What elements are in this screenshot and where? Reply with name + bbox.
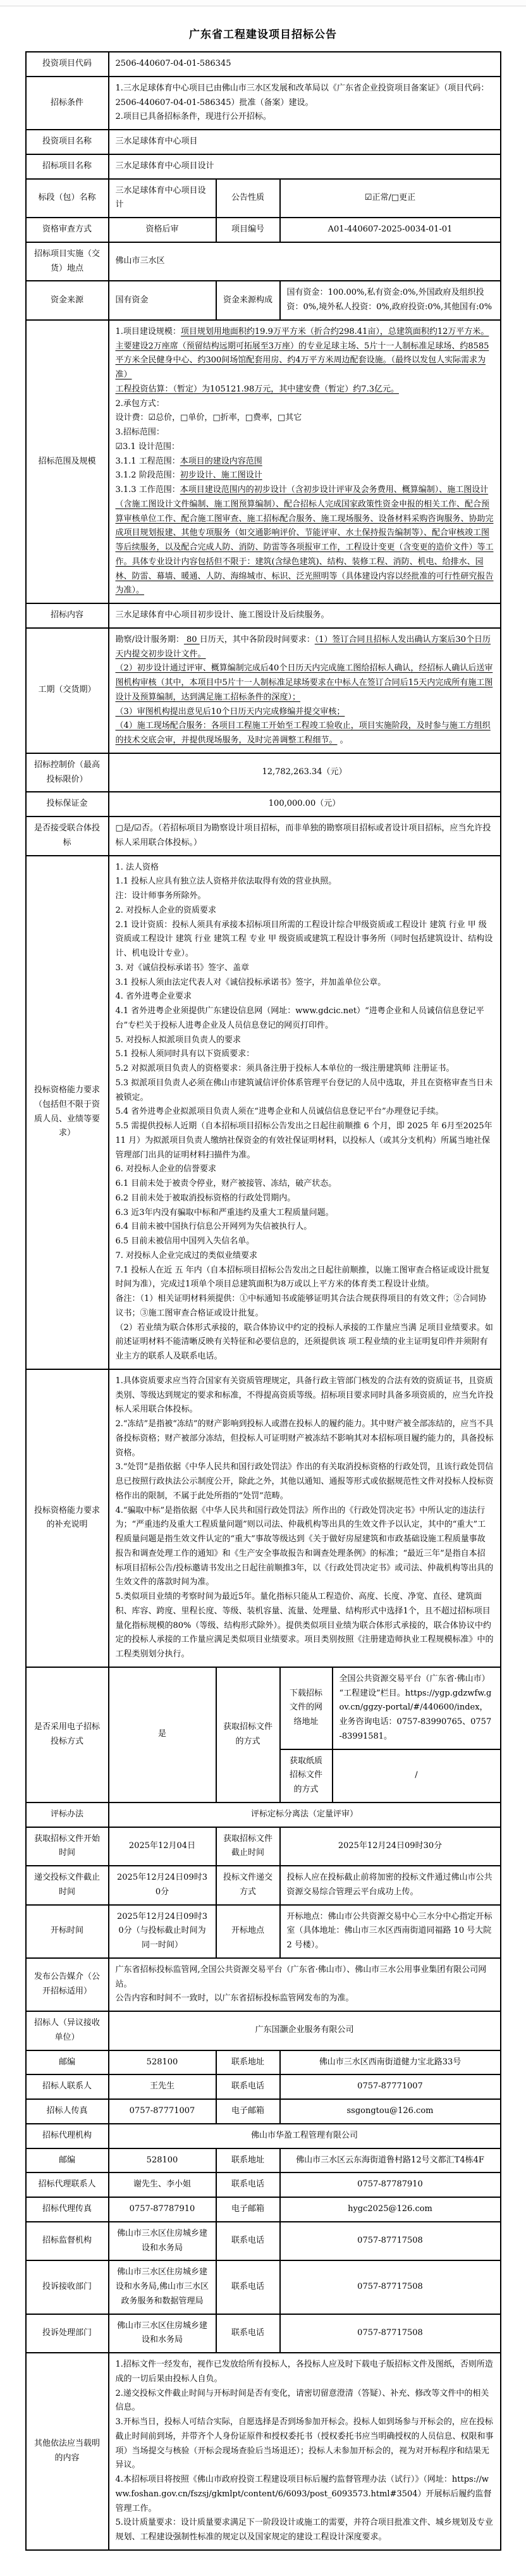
row-sublabel: 联系电话 <box>216 2074 280 2099</box>
row-label: 发布公告媒介（公开招标适用） <box>26 1958 109 2011</box>
paragraph: 全国公共资源交易平台（广东省·佛山市）“工程建设”栏目。https://ygp.… <box>339 1672 494 1744</box>
paragraph: 2025年12月24日09时30分 <box>287 1839 494 1854</box>
row-value: 100,000.00（元） <box>109 792 501 817</box>
table-row: 邮编528100联系地址佛山市三水区西南街道健力宝北路33号 <box>26 2050 501 2075</box>
paragraph: 0757-87771007 <box>116 2104 209 2119</box>
paragraph: 0757-87771007 <box>287 2080 494 2094</box>
row-label: 招标范围及规模 <box>26 320 109 603</box>
table-row: 招标代理机构佛山市华盈工程管理有限公司 <box>26 2124 501 2148</box>
table-row: 递交投标文件截止时间2025年12月24日09时30分投标文件递交方式投标人应在… <box>26 1866 501 1905</box>
row-value: 佛山市三水区住房城乡建设和水务局 <box>109 2314 216 2353</box>
row-value: 是 <box>109 1667 216 1803</box>
paragraph: 2025年12月24日09时30分（与投标截止时间为同一时间） <box>116 1910 209 1953</box>
row-value: 2025年12月24日09时30分（与投标截止时间为同一时间） <box>109 1905 216 1958</box>
row-value: 佛山市三水区住房城乡建设和水务局 <box>109 2222 216 2261</box>
paragraph: 2506-440607-04-01-586345 <box>116 57 494 71</box>
paragraph: hygc2025@126.com <box>287 2202 494 2217</box>
row-value: 1.具体资质要求应当符合国家有关资质管理规定，具备行政主管部门核发的合法有效的资… <box>109 1369 501 1667</box>
paragraph: 1. 法人资格 <box>116 861 494 875</box>
table-row: 招标范围及规模1.项目建设规模：项目规划用地面积约19.9万平方米（折合约298… <box>26 320 501 603</box>
paragraph: 佛山市三水区云东海街道鲁村路12号文都汇T4栋4F <box>287 2154 494 2168</box>
table-row: 招标监督机构佛山市三水区住房城乡建设和水务局联系电话0757-87717508 <box>26 2222 501 2261</box>
paragraph: 4.1 省外进粤企业须提供广东建设信息网（网址：www.gdcic.net）“进… <box>116 1004 494 1033</box>
row-label: 邮编 <box>26 2050 109 2075</box>
row-value: 评标定标分离法（定量评审） <box>109 1803 501 1827</box>
row-label: 递交投标文件截止时间 <box>26 1866 109 1905</box>
row-value: 国有资金：100.00%,私有资金:0%,外国政府及组织投资：0%,境外私人投资… <box>280 281 501 320</box>
row-label: 投诉处理部门 <box>26 2314 109 2353</box>
row-sublabel: 电子邮箱 <box>216 2197 280 2222</box>
table-row: 工期（交货期）勘察/设计服务期： 80 日历天，其中各阶段时间要求：（1）签订合… <box>26 628 501 753</box>
paragraph: 1.1 投标人应具有独立法人资格并依法取得有效的营业执照。 <box>116 875 494 889</box>
table-row: 投标资格能力要求的补充说明1.具体资质要求应当符合国家有关资质管理规定，具备行政… <box>26 1369 501 1667</box>
row-value: 广东国灏企业服务有限公司 <box>109 2011 501 2050</box>
sub-row-label: 获取纸质招标文件的方式 <box>280 1749 333 1803</box>
paragraph: 佛山市三水区住房城乡建设和水务局,佛山市三水区政务服务和数据管理局 <box>116 2265 209 2308</box>
paragraph: / <box>339 1768 494 1783</box>
paragraph: 3. 对《诚信投标承诺书》签字、盖章 <box>116 961 494 976</box>
paragraph: 勘察/设计服务期： 80 日历天，其中各阶段时间要求：（1）签订合同且招标人发出… <box>116 633 494 662</box>
row-label: 标段（包）名称 <box>26 179 109 218</box>
page-title: 广东省工程建设项目招标公告 <box>0 25 526 41</box>
row-value: 佛山市华盈工程管理有限公司 <box>109 2124 501 2148</box>
paragraph: 5.类似项目业绩的考察时间为最近5年。量化指标只能从工程造价、高度、长度、净宽、… <box>116 1590 494 1662</box>
row-sublabel: 联系电话 <box>216 2314 280 2353</box>
row-sublabel: 公告性质 <box>216 179 280 218</box>
sub-row-value: / <box>333 1749 501 1803</box>
paragraph: 0757-87787910 <box>116 2202 209 2217</box>
paragraph: 6.3 近3年内没有骗取中标和严重违约及重大工程质量问题。 <box>116 1206 494 1221</box>
row-value: hygc2025@126.com <box>280 2197 501 2222</box>
row-label: 投标保证金 <box>26 792 109 817</box>
row-value: 0757-87717508 <box>280 2222 501 2261</box>
paragraph: 528100 <box>116 2154 209 2168</box>
table-row: 招标人（异议接收单位）广东国灏企业服务有限公司 <box>26 2011 501 2050</box>
paragraph: 设计费：☑总价，□单价，□折率，□费率，□其它 <box>116 411 494 426</box>
row-label: 是否接受联合体投标 <box>26 817 109 856</box>
paragraph: 6.5 目前未被信用中国列入失信名单。 <box>116 1235 494 1249</box>
row-label: 投资项目名称 <box>26 130 109 154</box>
row-sublabel: 获取招标文件的方式 <box>216 1667 280 1803</box>
table-row: 投资项目代码2506-440607-04-01-586345 <box>26 52 501 77</box>
paragraph: 12,782,263.34（元） <box>116 765 494 780</box>
paragraph: 佛山市三水区住房城乡建设和水务局 <box>116 2227 209 2256</box>
paragraph: 是 <box>116 1727 209 1742</box>
paragraph: 三水足球体育中心项目设计 <box>116 184 209 213</box>
paragraph: 3.招标范围： <box>116 426 494 440</box>
paragraph: 王先生 <box>116 2080 209 2094</box>
row-value: 528100 <box>109 2148 216 2173</box>
paragraph: 佛山市华盈工程管理有限公司 <box>116 2129 494 2143</box>
paragraph: 国有资金：100.00%,私有资金:0%,外国政府及组织投资：0%,境外私人投资… <box>287 286 494 315</box>
paragraph: ☑正常/□更正 <box>287 191 494 206</box>
table-row: 资格审查方式资格后审项目编号A01-440607-2025-0034-01-01 <box>26 218 501 242</box>
row-value: 0757-87717508 <box>280 2314 501 2353</box>
paragraph: 7. 对投标人企业完成过的类似业绩要求 <box>116 1249 494 1264</box>
table-row: 投标保证金100,000.00（元） <box>26 792 501 817</box>
paragraph: 资格后审 <box>116 223 209 237</box>
row-value: 资格后审 <box>109 218 216 242</box>
row-label: 招标代理联系人 <box>26 2172 109 2197</box>
row-value: ssgongtou@126.com <box>280 2099 501 2124</box>
table-row: 发布公告媒介（公开招标适用）广东省招标投标监管网,全国公共资源交易平台（广东省·… <box>26 1958 501 2011</box>
row-label: 投标资格能力要求（包括但不限于资质人员、业绩等要求） <box>26 856 109 1369</box>
paragraph: 广东省招标投标监管网,全国公共资源交易平台（广东省·佛山市）、佛山市三水公用事业… <box>116 1963 494 1992</box>
paragraph: （3）审图机构提出意见后10个日历天内完成修编并提交审核； <box>116 705 494 720</box>
table-row: 邮编528100联系地址佛山市三水区云东海街道鲁村路12号文都汇T4栋4F <box>26 2148 501 2173</box>
paragraph: 5.5 需提供投标人近期（自本招标项目招标公告发出之日起往前顺推 6 个月，即 … <box>116 1119 494 1162</box>
row-value: 谢先生、李小姐 <box>109 2172 216 2197</box>
table-row: 投诉处理部门佛山市三水区住房城乡建设和水务局联系电话0757-87717508 <box>26 2314 501 2353</box>
row-value: 0757-87771007 <box>109 2099 216 2124</box>
paragraph: 2025年12月24日09时30分 <box>116 1871 209 1900</box>
paragraph: 1.招标文件一经发布，视作已发放给所有投标人，各投标人应及时下载电子版招标文件及… <box>116 2358 494 2387</box>
table-row: 是否采用电子招标投标方式是获取招标文件的方式下载招标文件的网络地址全国公共资源交… <box>26 1667 501 1749</box>
paragraph: 1.具体资质要求应当符合国家有关资质管理规定，具备行政主管部门核发的合法有效的资… <box>116 1374 494 1417</box>
row-value: 0757-87787910 <box>280 2172 501 2197</box>
row-value: 0757-87771007 <box>280 2074 501 2099</box>
row-label: 招标人传真 <box>26 2099 109 2124</box>
table-row: 投诉接收部门佛山市三水区住房城乡建设和水务局,佛山市三水区政务服务和数据管理局联… <box>26 2260 501 2314</box>
row-label: 招标代理机构 <box>26 2124 109 2148</box>
paragraph: （4）施工现场配合服务：各项目工程施工开始至工程竣工验收止，项目实施阶段，及时参… <box>116 719 494 748</box>
row-sublabel: 投标文件递交方式 <box>216 1866 280 1905</box>
row-value: 佛山市三水区西南街道健力宝北路33号 <box>280 2050 501 2075</box>
row-label: 投标资格能力要求的补充说明 <box>26 1369 109 1667</box>
row-label: 招标控制价（最高投标限价） <box>26 753 109 792</box>
paragraph: 2.项目已具备招标条件，现进行公开招标。 <box>116 110 494 125</box>
row-value: 三水足球体育中心项目初步设计、施工图设计及后续服务。 <box>109 603 501 628</box>
row-value: 12,782,263.34（元） <box>109 753 501 792</box>
row-sublabel: 开标地点 <box>216 1905 280 1958</box>
row-label: 工期（交货期） <box>26 628 109 753</box>
paragraph: 公告内容和时间不一致时，以广东省招标投标监管网发布的为准。 <box>116 1992 494 2006</box>
table-row: 评标办法评标定标分离法（定量评审） <box>26 1803 501 1827</box>
row-label: 开标时间 <box>26 1905 109 1958</box>
row-sublabel: 联系电话 <box>216 2222 280 2261</box>
paragraph: 2. 对投标人企业的资质要求 <box>116 904 494 918</box>
row-label: 评标办法 <box>26 1803 109 1827</box>
row-label: 招标代理传真 <box>26 2197 109 2222</box>
row-label: 投资项目代码 <box>26 52 109 77</box>
row-value: 佛山市三水区云东海街道鲁村路12号文都汇T4栋4F <box>280 2148 501 2173</box>
paragraph: 广东国灏企业服务有限公司 <box>116 2023 494 2038</box>
row-value: 三水足球体育中心项目 <box>109 130 501 154</box>
paragraph: 5.2 对拟派项目负责人的资格要求：须具备注册于投标人本单位的一级注册建筑师 注… <box>116 1062 494 1076</box>
row-value: 2025年12月24日09时30分 <box>109 1866 216 1905</box>
row-value: 2025年12月04日 <box>109 1827 216 1866</box>
row-sublabel: 联系电话 <box>216 2260 280 2314</box>
table-row: 招标控制价（最高投标限价）12,782,263.34（元） <box>26 753 501 792</box>
paragraph: （2）若业绩为联合体形式承接的，联合体协议中约定的投标人承接的工作量应当满 足项… <box>116 1321 494 1364</box>
paragraph: 2.承包方式： <box>116 397 494 412</box>
sub-row-value: 全国公共资源交易平台（广东省·佛山市）“工程建设”栏目。https://ygp.… <box>333 1667 501 1749</box>
table-row: 招标代理传真0757-87787910电子邮箱hygc2025@126.com <box>26 2197 501 2222</box>
paragraph: 3.1.2 阶段范围：初步设计、施工图设计 <box>116 469 494 483</box>
row-label: 邮编 <box>26 2148 109 2173</box>
paragraph: 5.4 省外进粤企业拟派项目负责人须在“进粤企业和人员诚信信息登记平台”办理登记… <box>116 1105 494 1119</box>
paragraph: 5.设计质量要求：设计质量要求满足下一阶段设计或施工的需要，并符合项目批准文件、… <box>116 2516 494 2545</box>
row-value: □是/☑否。（若招标项目为勘察设计项目招标，而非单独的勘察项目招标或者设计项目招… <box>109 817 501 856</box>
table-row: 招标代理联系人谢先生、李小姐联系电话0757-87787910 <box>26 2172 501 2197</box>
row-sublabel: 联系电话 <box>216 2172 280 2197</box>
row-sublabel: 项目编号 <box>216 218 280 242</box>
paragraph: 开标地点：佛山市公共资源交易中心三水分中心指定开标室（具体地址：佛山市三水区西南… <box>287 1910 494 1953</box>
paragraph: 5.1 投标人须同时具有以下资质要求： <box>116 1047 494 1062</box>
paragraph: 7.1 投标人在近 五 年内（自本招标项目招标公告发出之日起往前顺推，以施工图审… <box>116 1264 494 1293</box>
paragraph: ☑3.1 设计范围： <box>116 440 494 455</box>
row-value: 2025年12月24日09时30分 <box>280 1827 501 1866</box>
row-label: 招标项目名称 <box>26 154 109 179</box>
paragraph: 投标人应在投标截止前将加密的投标文件通过佛山市公共资源交易综合管理云平台成功上传… <box>287 1871 494 1900</box>
row-value: 1. 法人资格1.1 投标人应具有独立法人资格并依法取得有效的营业执照。注：设计… <box>109 856 501 1369</box>
paragraph: 3.1 投标人须由法定代表人对《诚信投标承诺书》签字，并加盖单位公章。 <box>116 976 494 990</box>
table-row: 标段（包）名称三水足球体育中心项目设计公告性质☑正常/□更正 <box>26 179 501 218</box>
table-row: 招标项目名称三水足球体育中心项目设计 <box>26 154 501 179</box>
table-row: 招标人联系人王先生联系电话0757-87771007 <box>26 2074 501 2099</box>
paragraph: 4.“骗取中标”是指依据《中华人民共和国行政处罚法》所作出的《行政处罚决定书》中… <box>116 1504 494 1591</box>
table-row: 招标内容三水足球体育中心项目初步设计、施工图设计及后续服务。 <box>26 603 501 628</box>
paragraph: 注：设计师事务所除外。 <box>116 889 494 904</box>
table-row: 投资项目名称三水足球体育中心项目 <box>26 130 501 154</box>
paragraph: 6. 对投标人企业的信誉要求 <box>116 1162 494 1177</box>
row-value: 王先生 <box>109 2074 216 2099</box>
row-value: 0757-87787910 <box>109 2197 216 2222</box>
row-label: 获取招标文件开始时间 <box>26 1827 109 1866</box>
sub-row-label: 下载招标文件的网络地址 <box>280 1667 333 1749</box>
paragraph: 2.“冻结”是指被“冻结”的财产影响到投标人或潜在投标人的履约能力。其中财产被全… <box>116 1417 494 1460</box>
paragraph: 3.开标当日，投标人可结合实际，自愿选择是否到场参加开标会。投标人如到场参与开标… <box>116 2415 494 2473</box>
row-value: 勘察/设计服务期： 80 日历天，其中各阶段时间要求：（1）签订合同且招标人发出… <box>109 628 501 753</box>
page-top-rule <box>0 0 526 6</box>
row-value: ☑正常/□更正 <box>280 179 501 218</box>
row-label: 其他依法应当载明的内容 <box>26 2353 109 2550</box>
row-value: 佛山市三水区 <box>109 242 501 281</box>
row-value: 2506-440607-04-01-586345 <box>109 52 501 77</box>
row-label: 招标内容 <box>26 603 109 628</box>
paragraph: A01-440607-2025-0034-01-01 <box>287 223 494 237</box>
row-value: 三水足球体育中心项目设计 <box>109 154 501 179</box>
table-row: 是否接受联合体投标□是/☑否。（若招标项目为勘察设计项目招标，而非单独的勘察项目… <box>26 817 501 856</box>
table-row: 获取招标文件开始时间2025年12月04日获取招标文件截止时间2025年12月2… <box>26 1827 501 1866</box>
row-label: 招标项目实施（交货）地点 <box>26 242 109 281</box>
row-sublabel: 联系地址 <box>216 2050 280 2075</box>
row-value: 1.招标文件一经发布，视作已发放给所有投标人，各投标人应及时下载电子版招标文件及… <box>109 2353 501 2550</box>
row-sublabel: 联系地址 <box>216 2148 280 2173</box>
row-label: 招标人联系人 <box>26 2074 109 2099</box>
row-label: 招标监督机构 <box>26 2222 109 2261</box>
tender-announcement-table: 投资项目代码2506-440607-04-01-586345招标条件1.三水足球… <box>25 51 501 2551</box>
row-label: 是否采用电子招标投标方式 <box>26 1667 109 1803</box>
row-value: 1.三水足球体育中心项目已由佛山市三水区发展和改革局以《广东省企业投资项目备案证… <box>109 77 501 130</box>
paragraph: 3.“处罚”是指依据《中华人民共和国行政处罚法》作出的有关取消投标资格的行政处罚… <box>116 1460 494 1503</box>
paragraph: 528100 <box>116 2055 209 2070</box>
row-sublabel: 获取招标文件截止时间 <box>216 1827 280 1866</box>
row-value: A01-440607-2025-0034-01-01 <box>280 218 501 242</box>
paragraph: 备注：（1）相关证明材料须提供：①中标通知书或能够证明其合法合规获得项目的有效文… <box>116 1292 494 1321</box>
paragraph: 3.1.1 工程范围：本项目的建设内容范围 <box>116 455 494 469</box>
row-sublabel: 电子邮箱 <box>216 2099 280 2124</box>
row-value: 三水足球体育中心项目设计 <box>109 179 216 218</box>
paragraph: 谢先生、李小姐 <box>116 2178 209 2192</box>
paragraph: 工程投资估算：（暂定）为105121.98万元，其中建安费（暂定）约7.3亿元。 <box>116 383 494 397</box>
paragraph: 佛山市三水区住房城乡建设和水务局 <box>116 2319 209 2348</box>
paragraph: 三水足球体育中心项目初步设计、施工图设计及后续服务。 <box>116 608 494 623</box>
paragraph: □是/☑否。（若招标项目为勘察设计项目招标，而非单独的勘察项目招标或者设计项目招… <box>116 822 494 851</box>
paragraph: 5. 对投标人拟派项目负责人的要求 <box>116 1033 494 1048</box>
table-row: 开标时间2025年12月24日09时30分（与投标截止时间为同一时间）开标地点开… <box>26 1905 501 1958</box>
paragraph: 0757-87787910 <box>287 2178 494 2192</box>
paragraph: 100,000.00（元） <box>116 797 494 811</box>
paragraph: 0757-87717508 <box>287 2280 494 2295</box>
paragraph: 6.1 目前未处于被责令停业，财产被接管、冻结，破产状态。 <box>116 1177 494 1192</box>
row-value: 528100 <box>109 2050 216 2075</box>
row-value: 投标人应在投标截止前将加密的投标文件通过佛山市公共资源交易综合管理云平台成功上传… <box>280 1866 501 1905</box>
paragraph: 三水足球体育中心项目 <box>116 135 494 149</box>
paragraph: 4. 省外进粤企业要求 <box>116 990 494 1004</box>
row-value: 广东省招标投标监管网,全国公共资源交易平台（广东省·佛山市）、佛山市三水公用事业… <box>109 1958 501 2011</box>
paragraph: 2.递交投标文件截止时间与开标时间是否有变化，请密切留意澄清（答疑）、补充、修改… <box>116 2387 494 2416</box>
paragraph: ssgongtou@126.com <box>287 2104 494 2119</box>
paragraph: 4.本招标项目将按照《佛山市政府投资工程建设项目标后履约监督管理办法（试行）》（… <box>116 2473 494 2516</box>
paragraph: 2025年12月04日 <box>116 1839 209 1854</box>
table-row: 招标条件1.三水足球体育中心项目已由佛山市三水区发展和改革局以《广东省企业投资项… <box>26 77 501 130</box>
paragraph: 三水足球体育中心项目设计 <box>116 159 494 174</box>
paragraph: 佛山市三水区西南街道健力宝北路33号 <box>287 2055 494 2070</box>
table-row: 资金来源国有资金资金来源构成国有资金：100.00%,私有资金:0%,外国政府及… <box>26 281 501 320</box>
paragraph: 6.4 目前未被中国执行信息公开网列为失信被执行人。 <box>116 1220 494 1235</box>
paragraph: 6.2 目前未处于被取消投标资格的行政处罚期内。 <box>116 1192 494 1206</box>
row-value: 开标地点：佛山市公共资源交易中心三水分中心指定开标室（具体地址：佛山市三水区西南… <box>280 1905 501 1958</box>
paragraph: 1.项目建设规模：项目规划用地面积约19.9万平方米（折合约298.41亩），总… <box>116 325 494 383</box>
paragraph: （2）初步设计通过评审、概算编制完成后40个日历天内完成施工图给招标人确认，经招… <box>116 662 494 705</box>
row-value: 国有资金 <box>109 281 216 320</box>
row-value: 佛山市三水区住房城乡建设和水务局,佛山市三水区政务服务和数据管理局 <box>109 2260 216 2314</box>
paragraph: 2.1 设计资质：投标人须具有承接本招标项目所需的工程设计综合甲级资质或工程设计… <box>116 918 494 961</box>
tender-announcement-table-body: 投资项目代码2506-440607-04-01-586345招标条件1.三水足球… <box>26 52 501 2550</box>
row-label: 资金来源 <box>26 281 109 320</box>
paragraph: 3.1.3 工作范围：本项目建设范围内的初步设计（含初步设计评审及会务费用、概算… <box>116 483 494 598</box>
row-sublabel: 资金来源构成 <box>216 281 280 320</box>
paragraph: 0757-87717508 <box>287 2326 494 2341</box>
table-row: 投标资格能力要求（包括但不限于资质人员、业绩等要求）1. 法人资格1.1 投标人… <box>26 856 501 1369</box>
row-value: 0757-87717508 <box>280 2260 501 2314</box>
paragraph: 佛山市三水区 <box>116 254 494 269</box>
paragraph: 0757-87717508 <box>287 2234 494 2248</box>
table-row: 招标人传真0757-87771007电子邮箱ssgongtou@126.com <box>26 2099 501 2124</box>
row-label: 投诉接收部门 <box>26 2260 109 2314</box>
row-value: 1.项目建设规模：项目规划用地面积约19.9万平方米（折合约298.41亩），总… <box>109 320 501 603</box>
paragraph: 评标定标分离法（定量评审） <box>116 1808 494 1822</box>
paragraph: 1.三水足球体育中心项目已由佛山市三水区发展和改革局以《广东省企业投资项目备案证… <box>116 82 494 111</box>
row-label: 招标条件 <box>26 77 109 130</box>
paragraph: 5.3 拟派项目负责人必须在佛山市建筑诚信评价体系管理平台登记的人员中选取，并且… <box>116 1076 494 1106</box>
paragraph: 国有资金 <box>116 293 209 308</box>
row-label: 资格审查方式 <box>26 218 109 242</box>
row-label: 招标人（异议接收单位） <box>26 2011 109 2050</box>
table-row: 招标项目实施（交货）地点佛山市三水区 <box>26 242 501 281</box>
